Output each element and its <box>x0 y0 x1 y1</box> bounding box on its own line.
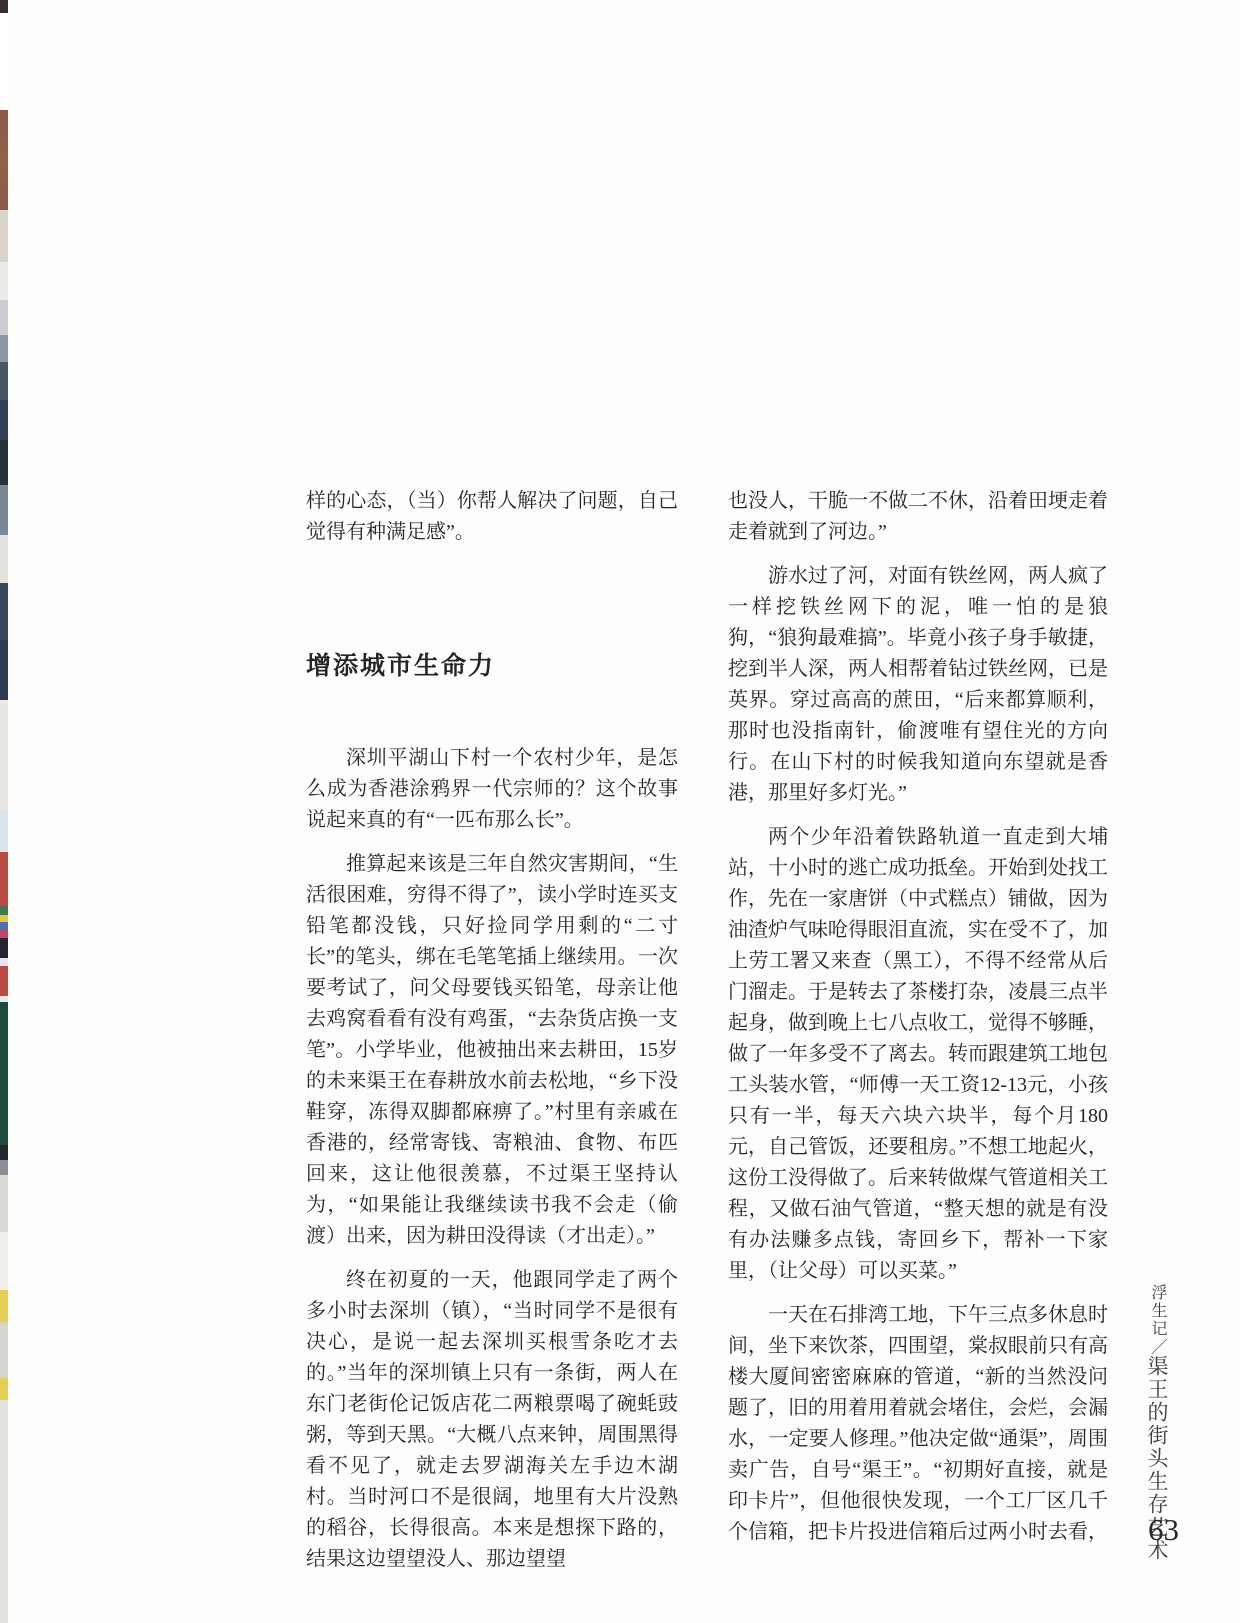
paragraph: 终在初夏的一天，他跟同学走了两个多小时去深圳（镇），“当时同学不是很有决心，是说… <box>306 1265 678 1575</box>
left-column: 样的心态，（当）你帮人解决了问题，自己觉得有种满足感”。 增添城市生命力 深圳平… <box>306 486 678 1588</box>
sidebar-separator: ／ <box>1148 1338 1167 1355</box>
right-column: 也没人，干脆一不做二不休，沿着田埂走着走着就到了河边。” 游水过了河，对面有铁丝… <box>728 486 1108 1561</box>
page-edge-strip <box>0 0 8 1623</box>
paragraph-continued: 也没人，干脆一不做二不休，沿着田埂走着走着就到了河边。” <box>728 486 1108 548</box>
section-heading: 增添城市生命力 <box>306 652 678 682</box>
paragraph-continued: 样的心态，（当）你帮人解决了问题，自己觉得有种满足感”。 <box>306 486 678 548</box>
page-number: 63 <box>1148 1512 1179 1548</box>
paragraph: 两个少年沿着铁路轨道一直走到大埔站，十小时的逃亡成功抵垒。开始到处找工作，先在一… <box>728 822 1108 1287</box>
paragraph: 推算起来该是三年自然灾害期间，“生活很困难，穷得不得了”，读小学时连买支铅笔都没… <box>306 849 678 1252</box>
paragraph: 深圳平湖山下村一个农村少年，是怎么成为香港涂鸦界一代宗师的？这个故事说起来真的有… <box>306 743 678 836</box>
paragraph: 一天在石排湾工地，下午三点多休息时间，坐下来饮茶，四围望，棠叔眼前只有高楼大厦间… <box>728 1300 1108 1548</box>
magazine-section-label: 浮生记 <box>1149 1284 1166 1338</box>
paragraph: 游水过了河，对面有铁丝网，两人疯了一样挖铁丝网下的泥，唯一怕的是狼狗，“狼狗最难… <box>728 561 1108 809</box>
